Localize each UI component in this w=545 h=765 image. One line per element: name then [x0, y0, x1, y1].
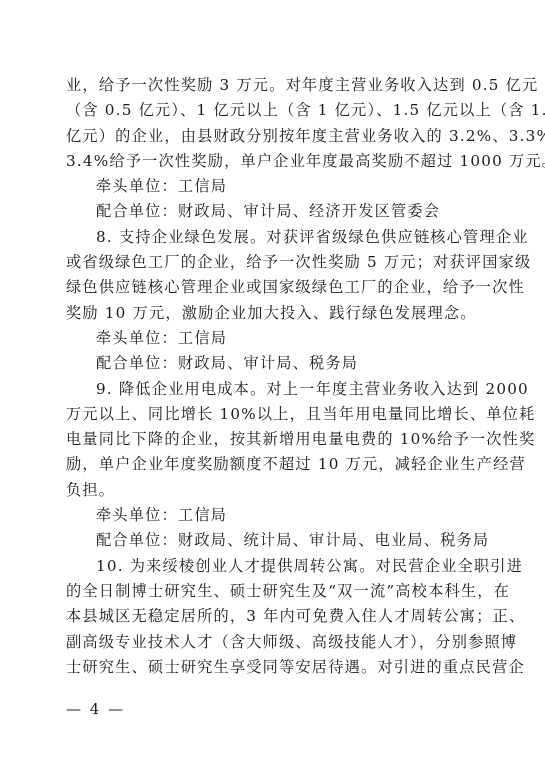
text-line: 配合单位：财政局、统计局、审计局、电业局、税务局 [66, 528, 480, 553]
text-line: 业，给予一次性奖励 3 万元。对年度主营业务收入达到 0.5 亿元 [66, 73, 480, 98]
text-line: 亿元）的企业，由县财政分别按年度主营业务收入的 3.2%、3.3%、 [66, 124, 480, 149]
text-line: 副高级专业技术人才（含大师级、高级技能人才），分别参照博 [66, 630, 480, 655]
text-line: 8. 支持企业绿色发展。对获评省级绿色供应链核心管理企业 [66, 225, 480, 250]
text-line: 绿色供应链核心管理企业或国家级绿色工厂的企业，给予一次性 [66, 275, 480, 300]
text-line: 万元以上、同比增长 10%以上，且当年用电量同比增长、单位耗 [66, 402, 480, 427]
document-body: 业，给予一次性奖励 3 万元。对年度主营业务收入达到 0.5 亿元（含 0.5 … [66, 73, 480, 680]
text-line: 或省级绿色工厂的企业，给予一次性奖励 5 万元；对获评国家级 [66, 250, 480, 275]
text-line: 奖励 10 万元，激励企业加大投入、践行绿色发展理念。 [66, 301, 480, 326]
text-line: 电量同比下降的企业，按其新增用电量电费的 10%给予一次性奖 [66, 427, 480, 452]
text-line: 本县城区无稳定居所的，3 年内可免费入住人才周转公寓；正、 [66, 604, 480, 629]
text-line: 励，单户企业年度奖励额度不超过 10 万元，减轻企业生产经营 [66, 452, 480, 477]
text-line: 3.4%给予一次性奖励，单户企业年度最高奖励不超过 1000 万元。 [66, 149, 480, 174]
text-line: 配合单位：财政局、审计局、税务局 [66, 351, 480, 376]
text-line: 牵头单位：工信局 [66, 174, 480, 199]
text-line: 的全日制博士研究生、硕士研究生及“双一流”高校本科生，在 [66, 579, 480, 604]
page-number: — 4 — [66, 698, 125, 720]
text-line: 牵头单位：工信局 [66, 326, 480, 351]
text-line: 士研究生、硕士研究生享受同等安居待遇。对引进的重点民营企 [66, 655, 480, 680]
text-line: （含 0.5 亿元）、1 亿元以上（含 1 亿元）、1.5 亿元以上（含 1.5 [66, 98, 480, 123]
text-line: 牵头单位：工信局 [66, 503, 480, 528]
text-line: 配合单位：财政局、审计局、经济开发区管委会 [66, 199, 480, 224]
text-line: 9. 降低企业用电成本。对上一年度主营业务收入达到 2000 [66, 377, 480, 402]
text-line: 负担。 [66, 478, 480, 503]
text-line: 10. 为来绥棱创业人才提供周转公寓。对民营企业全职引进 [66, 554, 480, 579]
